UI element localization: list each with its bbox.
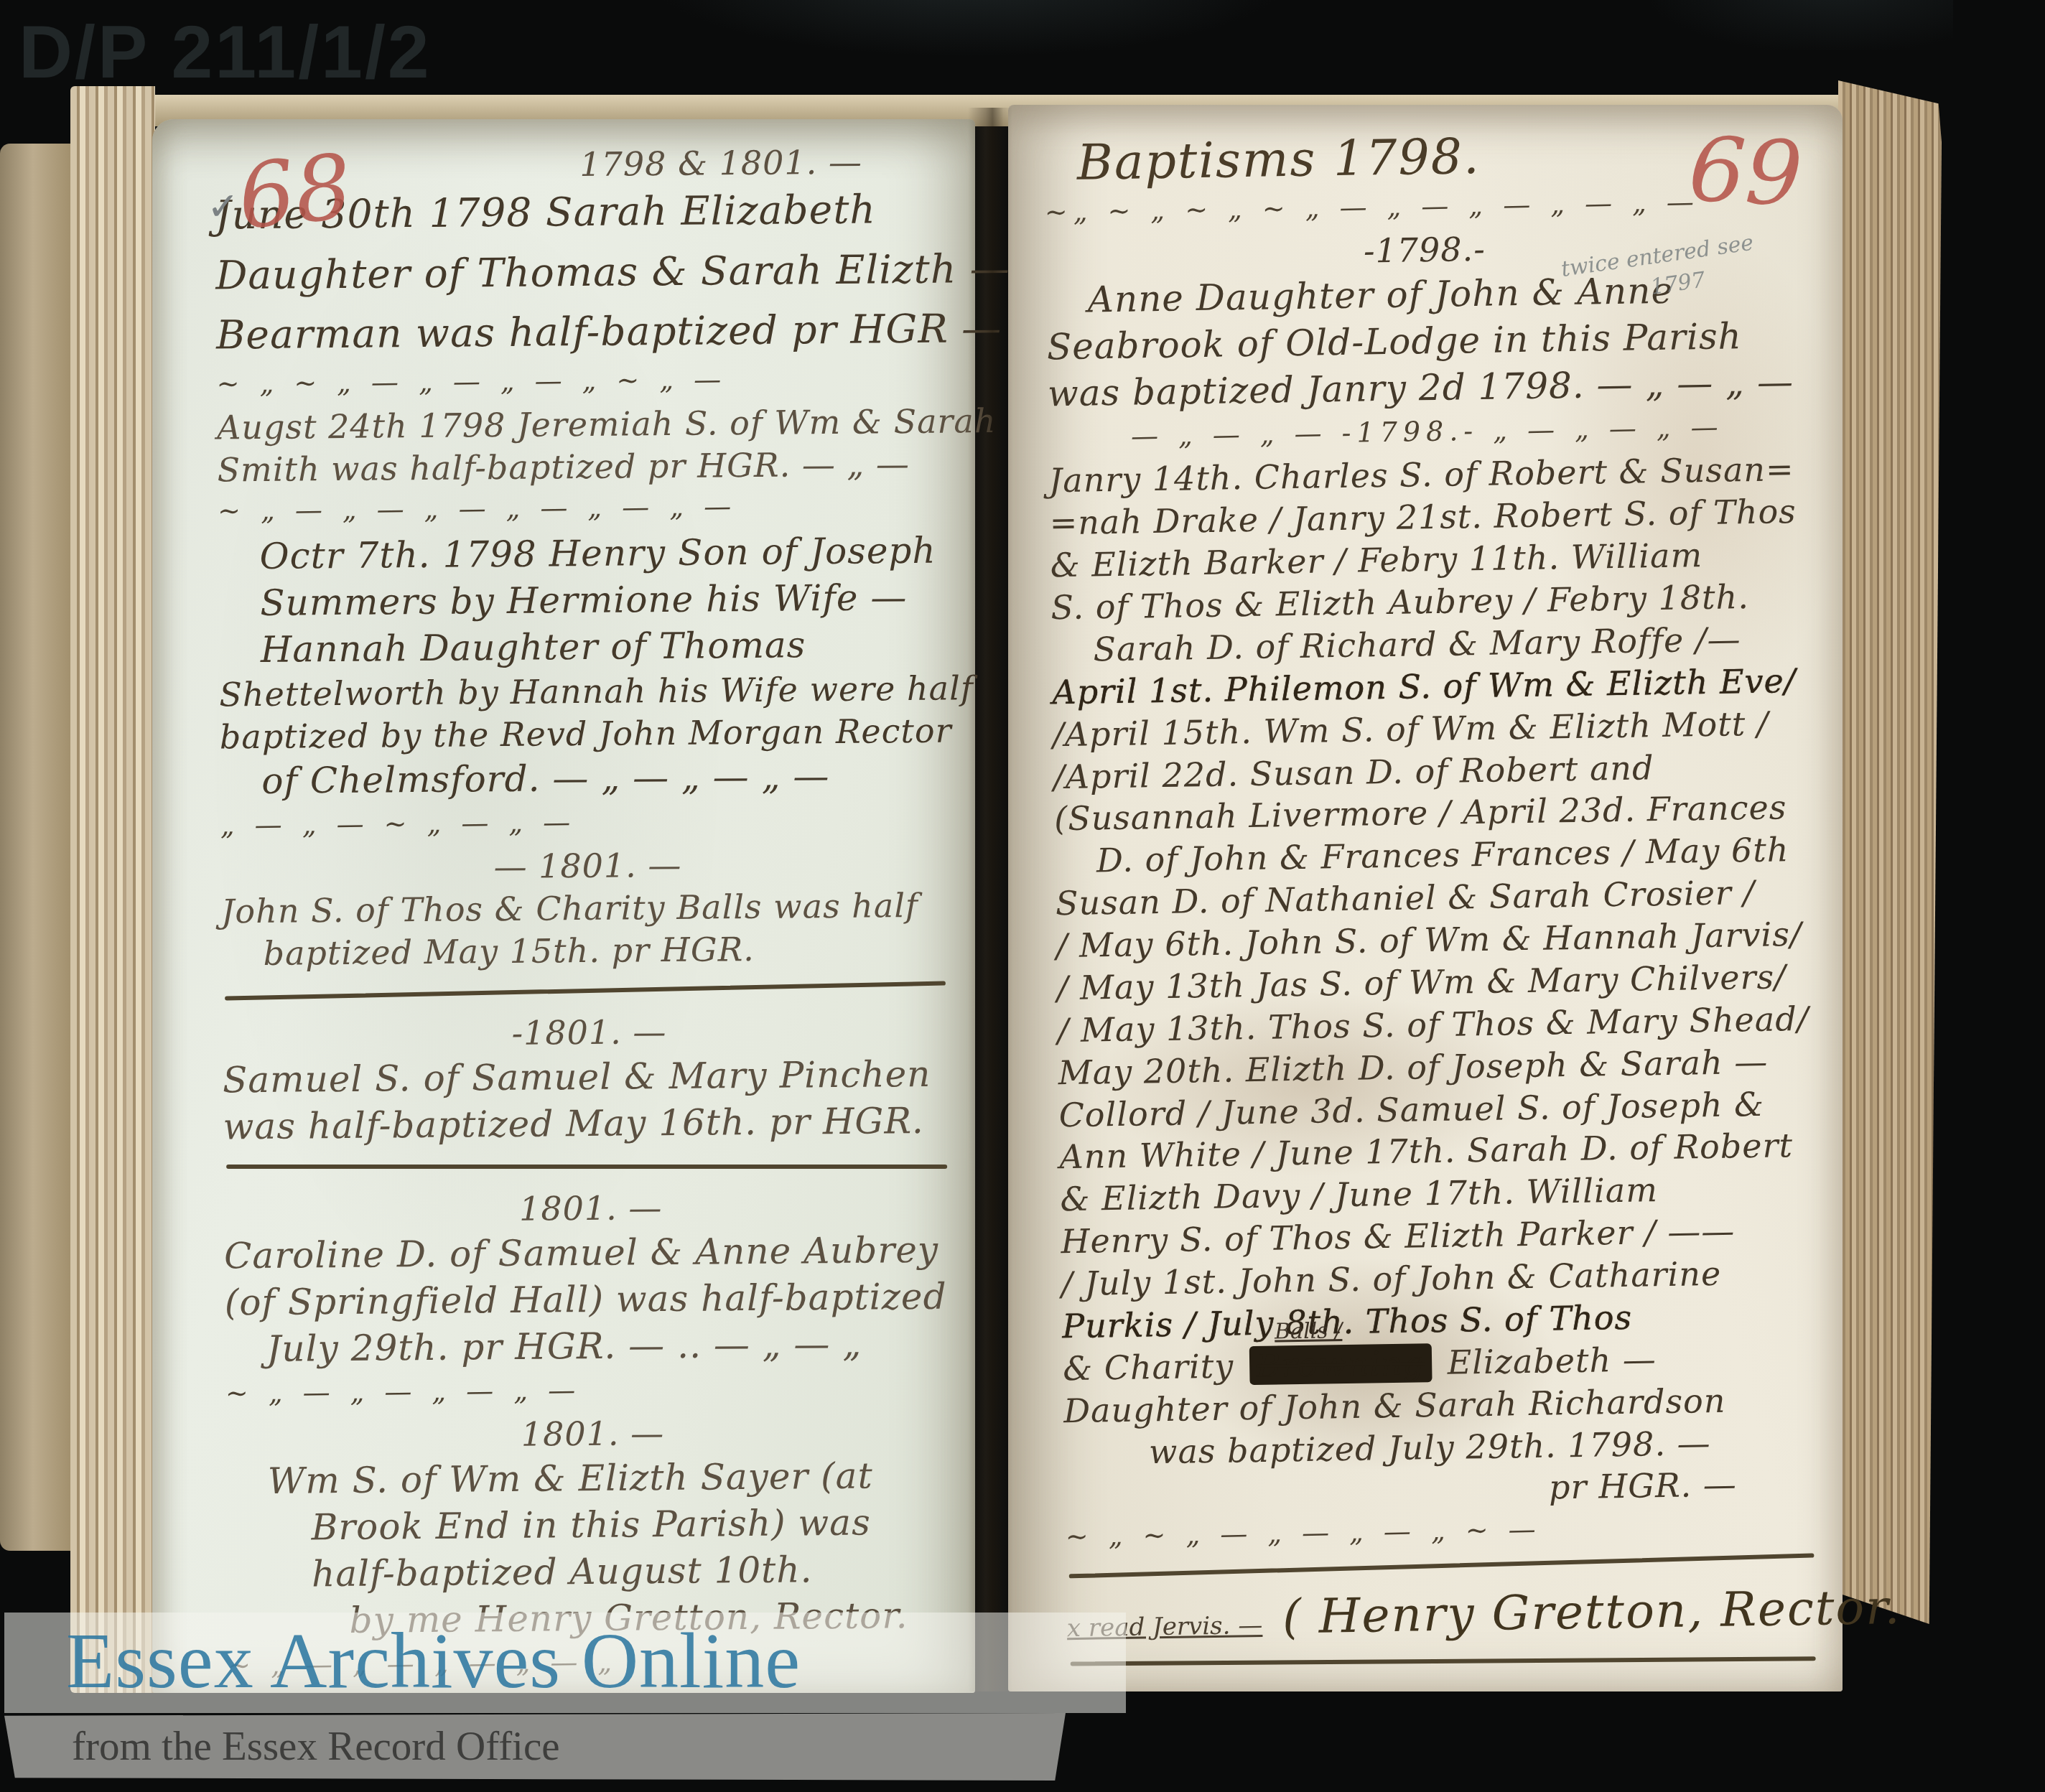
year-heading: — 1801. — (220, 841, 954, 890)
ditto-separator: ~ „ — „ — „ — „ — (225, 1373, 959, 1409)
register-line: of Chelmsford. — „ — „ — „ — (261, 752, 954, 805)
register-line: Daughter of Thomas & Sarah Elizth — (215, 243, 950, 302)
inserted-word: Balls / (1275, 1317, 1343, 1346)
ditto-separator-with-year: — „ — „ — -1798.- „ — „ — „ — (1048, 411, 1807, 452)
right-page-content: Baptisms 1798. ~„ ~ „ ~ „ ~ „ — „ — „ — … (1043, 118, 1826, 1680)
year-heading: 1801. — (223, 1185, 957, 1233)
register-line: Augst 24th 1798 Jeremiah S. of Wm & Sara… (217, 400, 951, 449)
register-line: Shettelworth by Hannah his Wife were hal… (219, 668, 953, 717)
watermark-title: Essex Archives Online (66, 1615, 801, 1707)
entry-divider-rule (226, 1165, 947, 1169)
year-heading: -1801. — (222, 1009, 956, 1058)
correction-prefix: & Charity (1063, 1346, 1245, 1388)
register-line: Bearman was half-baptized pr HGR — (216, 303, 951, 363)
left-page-content: 1798 & 1801. — June 30th 1798 Sarah Eliz… (215, 141, 962, 1675)
register-line: was half-baptized May 16th. pr HGR. (223, 1098, 957, 1151)
ditto-separator: ~ „ — „ — „ — „ — „ — „ — (218, 490, 951, 527)
register-line: Brook End in this Parish) was (311, 1498, 961, 1551)
register-line: John S. of Thos & Charity Balls was half (221, 884, 955, 933)
document-reference: D/P 211/1/2 (19, 10, 432, 95)
register-page-left: ✓ 68 1798 & 1801. — June 30th 1798 Sarah… (152, 119, 975, 1693)
camera-rig-shadow (646, 0, 1292, 57)
ditto-separator: ~ „ ~ „ — „ — „ — „ ~ „ — (216, 363, 950, 400)
folio-number-68: 68 (233, 135, 357, 250)
register-line: July 29th. pr HGR. — .. — „ — „ (266, 1320, 959, 1373)
year-heading: 1801. — (225, 1410, 959, 1459)
archive-scan: D/P 211/1/2 ✓ 68 1798 & 1801. — June 30t… (0, 0, 2045, 1792)
page-edges-left (70, 86, 155, 1693)
ink-blot-wrap: Balls /Browning (1249, 1342, 1432, 1387)
register-line: Smith was half-baptized pr HGR. — „ — (217, 442, 951, 491)
entry-divider-rule (1069, 1554, 1815, 1579)
book-cover-left (0, 144, 73, 1551)
entry-divider-rule (225, 981, 946, 1001)
ditto-separator: ~ „ ~ „ — „ — „ — „ ~ — (1066, 1511, 1825, 1552)
register-line: Wm S. of Wm & Elizth Sayer (at (268, 1452, 961, 1504)
register-line: Caroline D. of Samuel & Anne Aubrey (224, 1227, 959, 1280)
pencil-check-mark: ✓ (207, 184, 239, 229)
struck-out-word: Browning (1249, 1343, 1432, 1385)
register-page-right: 69 twice entered see 1797 Baptisms 1798.… (1008, 105, 1843, 1691)
book-gutter (968, 108, 1012, 1691)
entry-divider-rule (1071, 1656, 1816, 1666)
signature-row: x read Jervis. — ( Henry Gretton, Rector… (1066, 1581, 1825, 1648)
register-line: Summers by Hermione his Wife — (260, 574, 953, 627)
register-line: Hannah Daughter of Thomas (261, 621, 954, 673)
watermark-subtitle: from the Essex Record Office (72, 1723, 560, 1770)
rector-signature: ( Henry Gretton, Rector. (1282, 1579, 1901, 1645)
ditto-separator: „ — „ — ~ „ — „ — (220, 805, 954, 841)
register-line: baptized by the Revd John Morgan Rector (220, 710, 954, 759)
register-line: baptized May 15th. pr HGR. (263, 926, 955, 974)
register-line: Octr 7th. 1798 Henry Son of Joseph (259, 528, 952, 580)
folio-number-69: 69 (1687, 118, 1805, 227)
page-fore-edge (1838, 80, 1942, 1624)
camera-rig-shadow (1652, 0, 1953, 50)
register-line: Samuel S. of Samuel & Mary Pinchen (223, 1051, 957, 1104)
correction-suffix: Elizabeth — (1436, 1340, 1657, 1382)
register-line: half-baptized August 10th. (312, 1545, 961, 1597)
register-line: (of Springfield Hall) was half-baptized (225, 1274, 959, 1327)
